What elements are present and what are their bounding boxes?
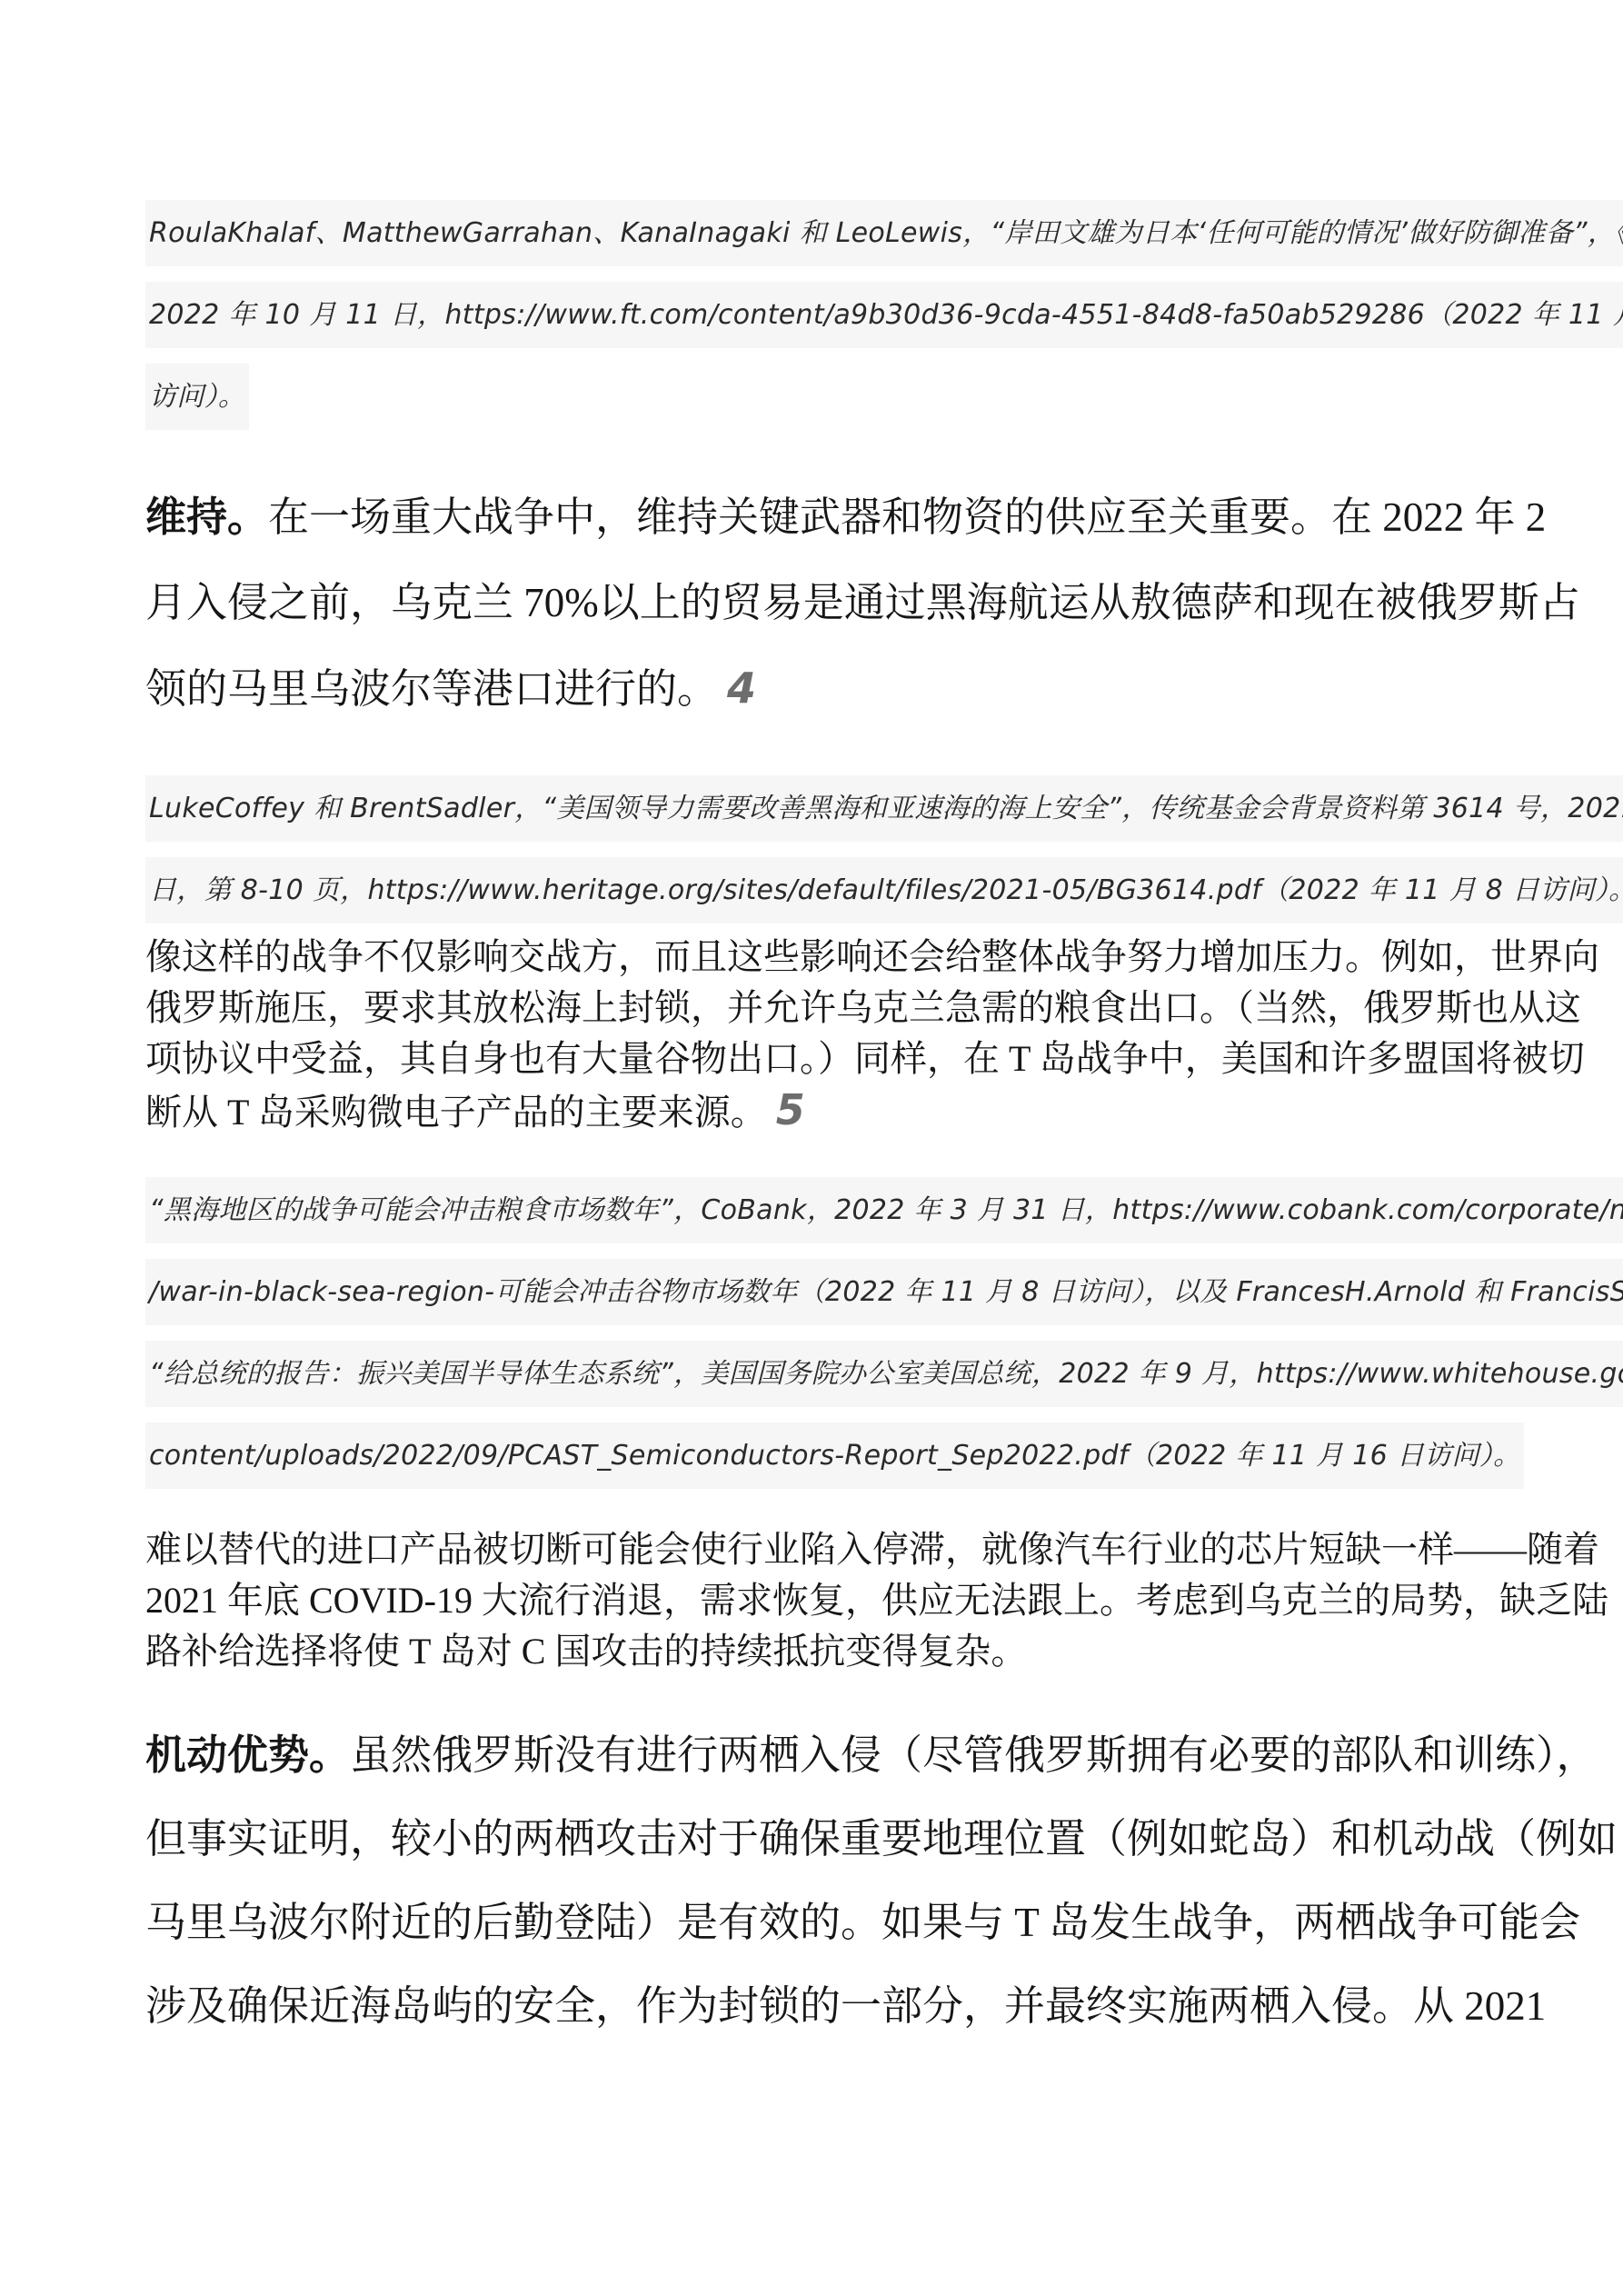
paragraph-text: 但事实证明，较小的两栖攻击对于确保重要地理位置（例如蛇岛）和机动战（例如 [145,1816,1618,1862]
paragraph-line: 2021 年底 COVID-19 大流行消退，需求恢复，供应无法跟上。考虑到乌克… [145,1575,1487,1626]
paragraph-line: 但事实证明，较小的两栖攻击对于确保重要地理位置（例如蛇岛）和机动战（例如 [145,1797,1487,1881]
paragraph-text: 难以替代的进口产品被切断可能会使行业陷入停滞，就像汽车行业的芯片短缺一样——随着 [145,1529,1599,1570]
paragraph-text: 虽然俄罗斯没有进行两栖入侵（尽管俄罗斯拥有必要的部队和训练）， [350,1732,1598,1778]
citation-line: RoulaKhalaf、MatthewGarrahan、KanaInagaki … [145,193,1487,275]
paragraph-imports: 难以替代的进口产品被切断可能会使行业陷入停滞，就像汽车行业的芯片短缺一样——随着… [145,1524,1487,1677]
paragraph-line: 月入侵之前，乌克兰 70%以上的贸易是通过黑海航运从敖德萨和现在被俄罗斯占 [145,560,1487,645]
paragraph-line: 机动优势。虽然俄罗斯没有进行两栖入侵（尽管俄罗斯拥有必要的部队和训练）， [145,1713,1487,1797]
paragraph-line: 俄罗斯施压，要求其放松海上封锁，并允许乌克兰急需的粮食出口。（当然，俄罗斯也从这 [145,983,1487,1033]
paragraph-line: 难以替代的进口产品被切断可能会使行业陷入停滞，就像汽车行业的芯片短缺一样——随着 [145,1524,1487,1575]
paragraph-sustainment: 维持。在一场重大战争中，维持关键武器和物资的供应至关重要。在 2022 年 2 … [145,474,1487,732]
paragraph-text: 路补给选择将使 T 岛对 C 国攻击的持续抵抗变得复杂。 [145,1631,1027,1672]
paragraph-text: 领的马里乌波尔等港口进行的。 [145,666,718,712]
citation-text: 日，第 8-10 页，https://www.heritage.org/site… [145,857,1623,923]
paragraph-line: 领的马里乌波尔等港口进行的。4 [145,645,1487,732]
footnote-citation-heritage: LukeCoffey 和 BrentSadler，“美国领导力需要改善黑海和亚速… [145,768,1487,932]
paragraph-text: 在一场重大战争中，维持关键武器和物资的供应至关重要。在 2022 年 2 [268,494,1546,540]
footnote-citation-cobank-whitehouse: “黑海地区的战争可能会冲击粮食市场数年”，CoBank，2022 年 3 月 3… [145,1170,1487,1497]
citation-line: content/uploads/2022/09/PCAST_Semiconduc… [145,1415,1487,1497]
citation-line: /war-in-black-sea-region-可能会冲击谷物市场数年（202… [145,1252,1487,1333]
paragraph-line: 马里乌波尔附近的后勤登陆）是有效的。如果与 T 岛发生战争，两栖战争可能会 [145,1881,1487,1964]
paragraph-text: 项协议中受益，其自身也有大量谷物出口。）同样，在 T 岛战争中，美国和许多盟国将… [145,1038,1585,1079]
paragraph-line: 断从 T 岛采购微电子产品的主要来源。5 [145,1084,1487,1138]
paragraph-text: 俄罗斯施压，要求其放松海上封锁，并允许乌克兰急需的粮食出口。（当然，俄罗斯也从这 [145,987,1581,1028]
paragraph-text: 涉及确保近海岛屿的安全，作为封锁的一部分，并最终实施两栖入侵。从 2021 [145,1983,1546,2029]
footnote-marker-4: 4 [718,664,756,713]
paragraph-line: 涉及确保近海岛屿的安全，作为封锁的一部分，并最终实施两栖入侵。从 2021 [145,1964,1487,2048]
citation-text: “给总统的报告：振兴美国半导体生态系统”，美国国务院办公室美国总统，2022 年… [145,1341,1623,1407]
citation-text: RoulaKhalaf、MatthewGarrahan、KanaInagaki … [145,200,1623,266]
citation-line: 2022 年 10 月 11 日，https://www.ft.com/cont… [145,275,1487,356]
citation-text: 2022 年 10 月 11 日，https://www.ft.com/cont… [145,282,1623,348]
citation-text: LukeCoffey 和 BrentSadler，“美国领导力需要改善黑海和亚速… [145,775,1623,842]
paragraph-war-impacts: 像这样的战争不仅影响交战方，而且这些影响还会给整体战争努力增加压力。例如，世界向… [145,932,1487,1138]
citation-text: 访问）。 [145,364,249,430]
paragraph-line: 维持。在一场重大战争中，维持关键武器和物资的供应至关重要。在 2022 年 2 [145,474,1487,560]
paragraph-text: 断从 T 岛采购微电子产品的主要来源。 [145,1092,767,1133]
paragraph-maneuver-advantage: 机动优势。虽然俄罗斯没有进行两栖入侵（尽管俄罗斯拥有必要的部队和训练）， 但事实… [145,1713,1487,2048]
paragraph-lead: 机动优势。 [145,1732,350,1778]
citation-line: 访问）。 [145,356,1487,438]
citation-line: 日，第 8-10 页，https://www.heritage.org/site… [145,850,1487,932]
citation-text: “黑海地区的战争可能会冲击粮食市场数年”，CoBank，2022 年 3 月 3… [145,1177,1623,1243]
citation-line: LukeCoffey 和 BrentSadler，“美国领导力需要改善黑海和亚速… [145,768,1487,850]
footnote-marker-5: 5 [767,1085,805,1134]
paragraph-lead: 维持。 [145,494,268,540]
document-page: RoulaKhalaf、MatthewGarrahan、KanaInagaki … [0,0,1623,2296]
footnote-citation-ft: RoulaKhalaf、MatthewGarrahan、KanaInagaki … [145,193,1487,438]
paragraph-text: 马里乌波尔附近的后勤登陆）是有效的。如果与 T 岛发生战争，两栖战争可能会 [145,1900,1580,1945]
paragraph-text: 2021 年底 COVID-19 大流行消退，需求恢复，供应无法跟上。考虑到乌克… [145,1580,1608,1621]
citation-line: “给总统的报告：振兴美国半导体生态系统”，美国国务院办公室美国总统，2022 年… [145,1333,1487,1415]
citation-text: content/uploads/2022/09/PCAST_Semiconduc… [145,1423,1524,1489]
paragraph-line: 路补给选择将使 T 岛对 C 国攻击的持续抵抗变得复杂。 [145,1626,1487,1677]
paragraph-text: 像这样的战争不仅影响交战方，而且这些影响还会给整体战争努力增加压力。例如，世界向 [145,936,1599,977]
paragraph-line: 像这样的战争不仅影响交战方，而且这些影响还会给整体战争努力增加压力。例如，世界向 [145,932,1487,983]
citation-text: /war-in-black-sea-region-可能会冲击谷物市场数年（202… [145,1259,1623,1325]
paragraph-line: 项协议中受益，其自身也有大量谷物出口。）同样，在 T 岛战争中，美国和许多盟国将… [145,1033,1487,1084]
citation-line: “黑海地区的战争可能会冲击粮食市场数年”，CoBank，2022 年 3 月 3… [145,1170,1487,1252]
paragraph-text: 月入侵之前，乌克兰 70%以上的贸易是通过黑海航运从敖德萨和现在被俄罗斯占 [145,580,1580,625]
